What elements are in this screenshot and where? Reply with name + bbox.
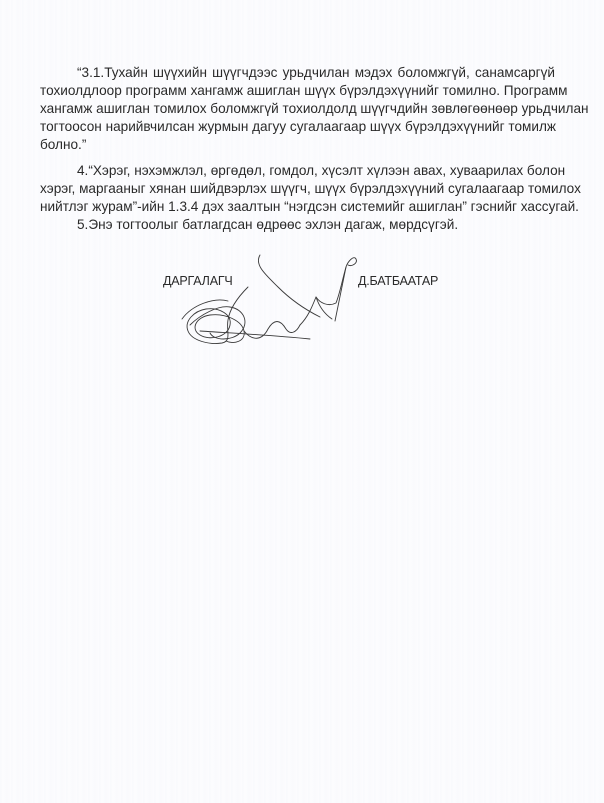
paragraph-clause-4: 4.“Хэрэг, нэхэмжлэл, өргөдөл, гомдол, хү… xyxy=(40,162,555,216)
paragraph-line: 4.“Хэрэг, нэхэмжлэл, өргөдөл, гомдол, хү… xyxy=(40,162,555,180)
signatory-name: Д.БАТБААТАР xyxy=(358,274,438,288)
paragraph-line: хангамж ашиглан томилох боломжгүй тохиол… xyxy=(40,100,555,118)
paragraph-line: нийтлэг журам”-ийн 1.3.4 дэх заалтын “нэ… xyxy=(40,198,555,216)
paragraph-line: тохиолдлоор программ хангамж ашиглан шүү… xyxy=(40,82,555,100)
paragraph-clause-3-1: “3.1.Тухайн шүүхийн шүүгчдээс урьдчилан … xyxy=(40,64,555,154)
paragraph-line: болно.” xyxy=(40,136,555,154)
paragraph-clause-5: 5.Энэ тогтоолыг батлагдсан өдрөөс эхлэн … xyxy=(40,216,555,234)
paragraph-line: “3.1.Тухайн шүүхийн шүүгчдээс урьдчилан … xyxy=(40,64,555,82)
paragraph-line: тогтоосон нарийвчилсан журмын дагуу суга… xyxy=(40,118,555,136)
paragraph-line: хэрэг, маргааныг хянан шийдвэрлэх шүүгч,… xyxy=(40,180,555,198)
paragraph-line: 5.Энэ тогтоолыг батлагдсан өдрөөс эхлэн … xyxy=(40,216,555,234)
handwritten-signature-icon xyxy=(170,245,370,355)
